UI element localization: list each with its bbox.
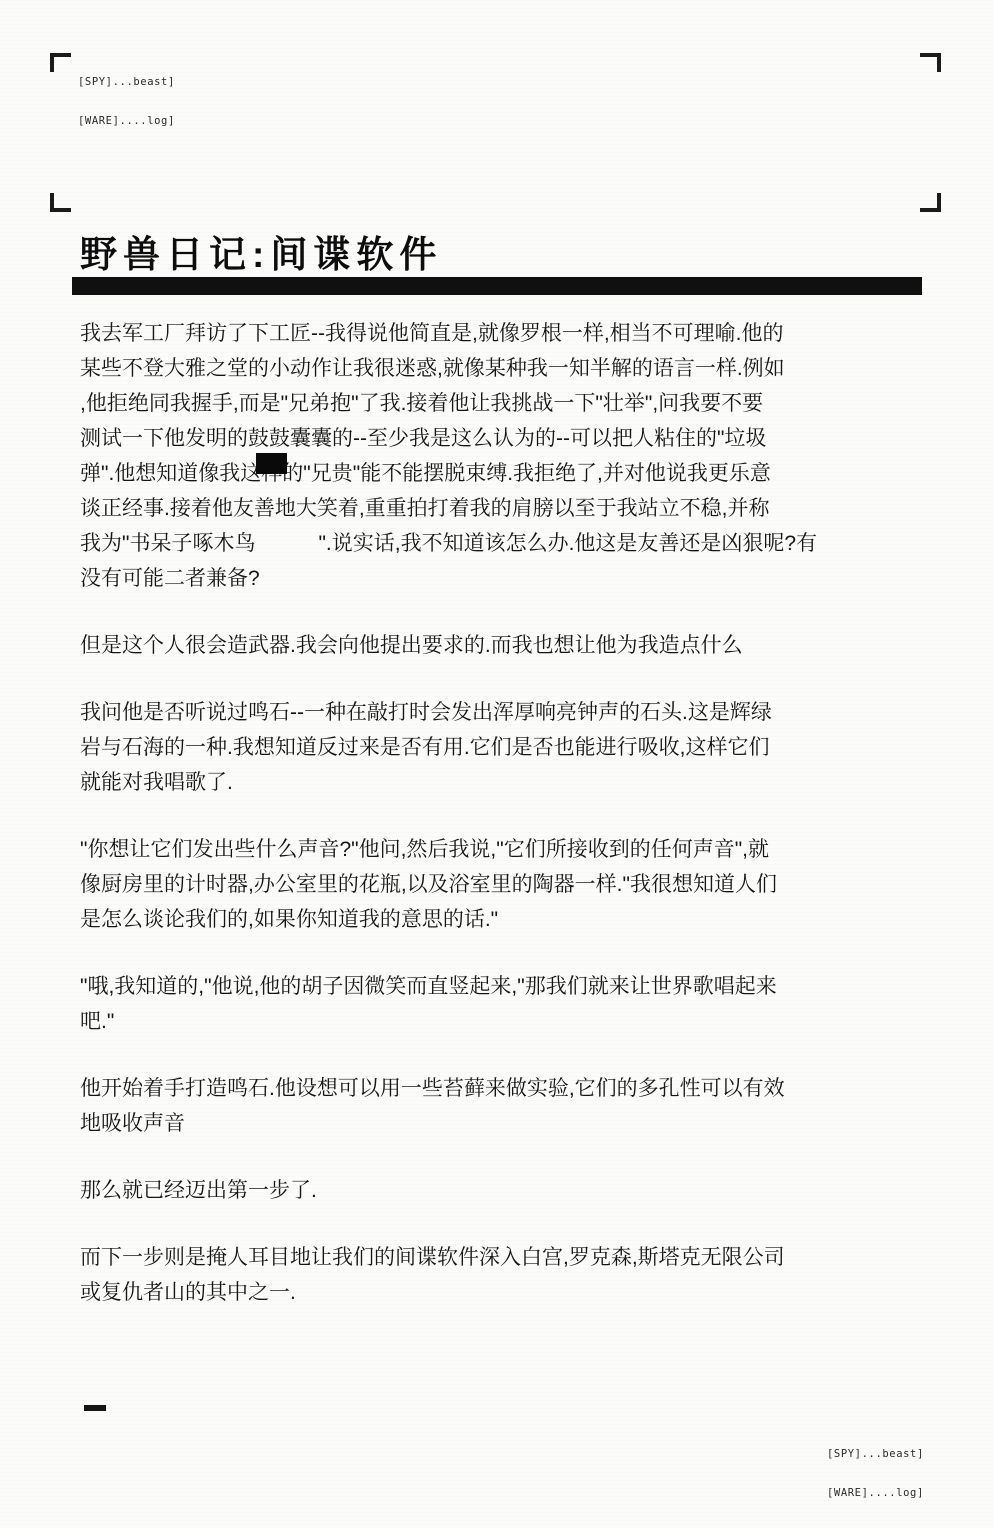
header-log-label-line2: [WARE]....log] (78, 115, 175, 128)
paragraph-8: 而下一步则是掩人耳目地让我们的间谍软件深入白宫,罗克森,斯塔克无限公司 或复仇者… (80, 1240, 780, 1310)
text-line: "哦,我知道的,"他说,他的胡子因微笑而直竖起来,"那我们就来让世界歌唱起来 (80, 969, 780, 1004)
footer-dash-mark (84, 1405, 106, 1411)
text-line: 是怎么谈论我们的,如果你知道我的意思的话." (80, 902, 780, 937)
text-line: 他开始着手打造鸣石.他设想可以用一些苔藓来做实验,它们的多孔性可以有效 (80, 1071, 780, 1106)
paragraph-1: 我去军工厂拜访了下工匠--我得说他简直是,就像罗根一样,相当不可理喻.他的 某些… (80, 316, 780, 596)
redacted-character-wrap: 样 (261, 456, 282, 491)
paragraph-5: "哦,我知道的,"他说,他的胡子因微笑而直竖起来,"那我们就来让世界歌唱起来 吧… (80, 969, 780, 1039)
crop-mark-bottom-left-icon (50, 193, 71, 212)
paragraph-2: 但是这个人很会造武器.我会向他提出要求的.而我也想让他为我造点什么 (80, 628, 780, 663)
text-line: 但是这个人很会造武器.我会向他提出要求的.而我也想让他为我造点什么 (80, 628, 780, 663)
paragraph-6: 他开始着手打造鸣石.他设想可以用一些苔藓来做实验,它们的多孔性可以有效 地吸收声… (80, 1071, 780, 1141)
text-line: 地吸收声音 (80, 1106, 780, 1141)
text-line: 而下一步则是掩人耳目地让我们的间谍软件深入白宫,罗克森,斯塔克无限公司 (80, 1240, 780, 1275)
text-line-redacted: 弹".他想知道像我这样的"兄贵"能不能摆脱束缚.我拒绝了,并对他说我更乐意 (80, 456, 780, 491)
text-line: 就能对我唱歌了. (80, 765, 780, 800)
text-line: 我去军工厂拜访了下工匠--我得说他简直是,就像罗根一样,相当不可理喻.他的 (80, 316, 780, 351)
text-line: 那么就已经迈出第一步了. (80, 1173, 780, 1208)
text-line: 我问他是否听说过鸣石--一种在敲打时会发出浑厚响亮钟声的石头.这是辉绿 (80, 695, 780, 730)
text-line: 或复仇者山的其中之一. (80, 1275, 780, 1310)
crop-mark-bottom-right-icon (920, 193, 941, 212)
header-log-label-line1: [SPY]...beast] (78, 76, 175, 89)
text-line: 岩与石海的一种.我想知道反过来是否有用.它们是否也能进行吸收,这样它们 (80, 730, 780, 765)
redaction-box (256, 453, 287, 474)
footer-log-label: [SPY]...beast] [WARE]....log] (827, 1422, 924, 1526)
paragraph-4: "你想让它们发出些什么声音?"他问,然后我说,"它们所接收到的任何声音",就 像… (80, 832, 780, 937)
document-page: [SPY]...beast] [WARE]....log] 野兽日记:间谍软件 … (0, 0, 994, 1528)
crop-mark-top-right-icon (920, 53, 941, 72)
text-segment: 的"兄贵"能不能摆脱束缚.我拒绝了,并对他说我更乐意 (282, 462, 771, 485)
text-line: 我为"书呆子啄木鸟 ".说实话,我不知道该怎么办.他这是友善还是凶狠呢?有 (80, 526, 780, 561)
text-line: 某些不登大雅之堂的小动作让我很迷惑,就像某种我一知半解的语言一样.例如 (80, 351, 780, 386)
text-line: "你想让它们发出些什么声音?"他问,然后我说,"它们所接收到的任何声音",就 (80, 832, 780, 867)
header-log-label: [SPY]...beast] [WARE]....log] (78, 50, 175, 154)
text-line: 吧." (80, 1004, 780, 1039)
text-line: 像厨房里的计时器,办公室里的花瓶,以及浴室里的陶器一样."我很想知道人们 (80, 867, 780, 902)
text-segment: 弹".他想知道像我这 (80, 462, 261, 485)
footer-log-label-line2: [WARE]....log] (827, 1487, 924, 1500)
paragraph-3: 我问他是否听说过鸣石--一种在敲打时会发出浑厚响亮钟声的石头.这是辉绿 岩与石海… (80, 695, 780, 800)
paragraph-7: 那么就已经迈出第一步了. (80, 1173, 780, 1208)
page-title: 野兽日记:间谍软件 (80, 224, 442, 278)
crop-mark-top-left-icon (50, 53, 71, 72)
body-text: 我去军工厂拜访了下工匠--我得说他简直是,就像罗根一样,相当不可理喻.他的 某些… (80, 316, 780, 1310)
text-line: 谈正经事.接着他友善地大笑着,重重拍打着我的肩膀以至于我站立不稳,并称 (80, 491, 780, 526)
title-divider-bar (72, 277, 922, 295)
text-line: ,他拒绝同我握手,而是"兄弟抱"了我.接着他让我挑战一下"壮举",问我要不要 (80, 386, 780, 421)
text-line: 没有可能二者兼备? (80, 561, 780, 596)
text-line: 测试一下他发明的鼓鼓囊囊的--至少我是这么认为的--可以把人粘住的"垃圾 (80, 421, 780, 456)
footer-log-label-line1: [SPY]...beast] (827, 1448, 924, 1461)
